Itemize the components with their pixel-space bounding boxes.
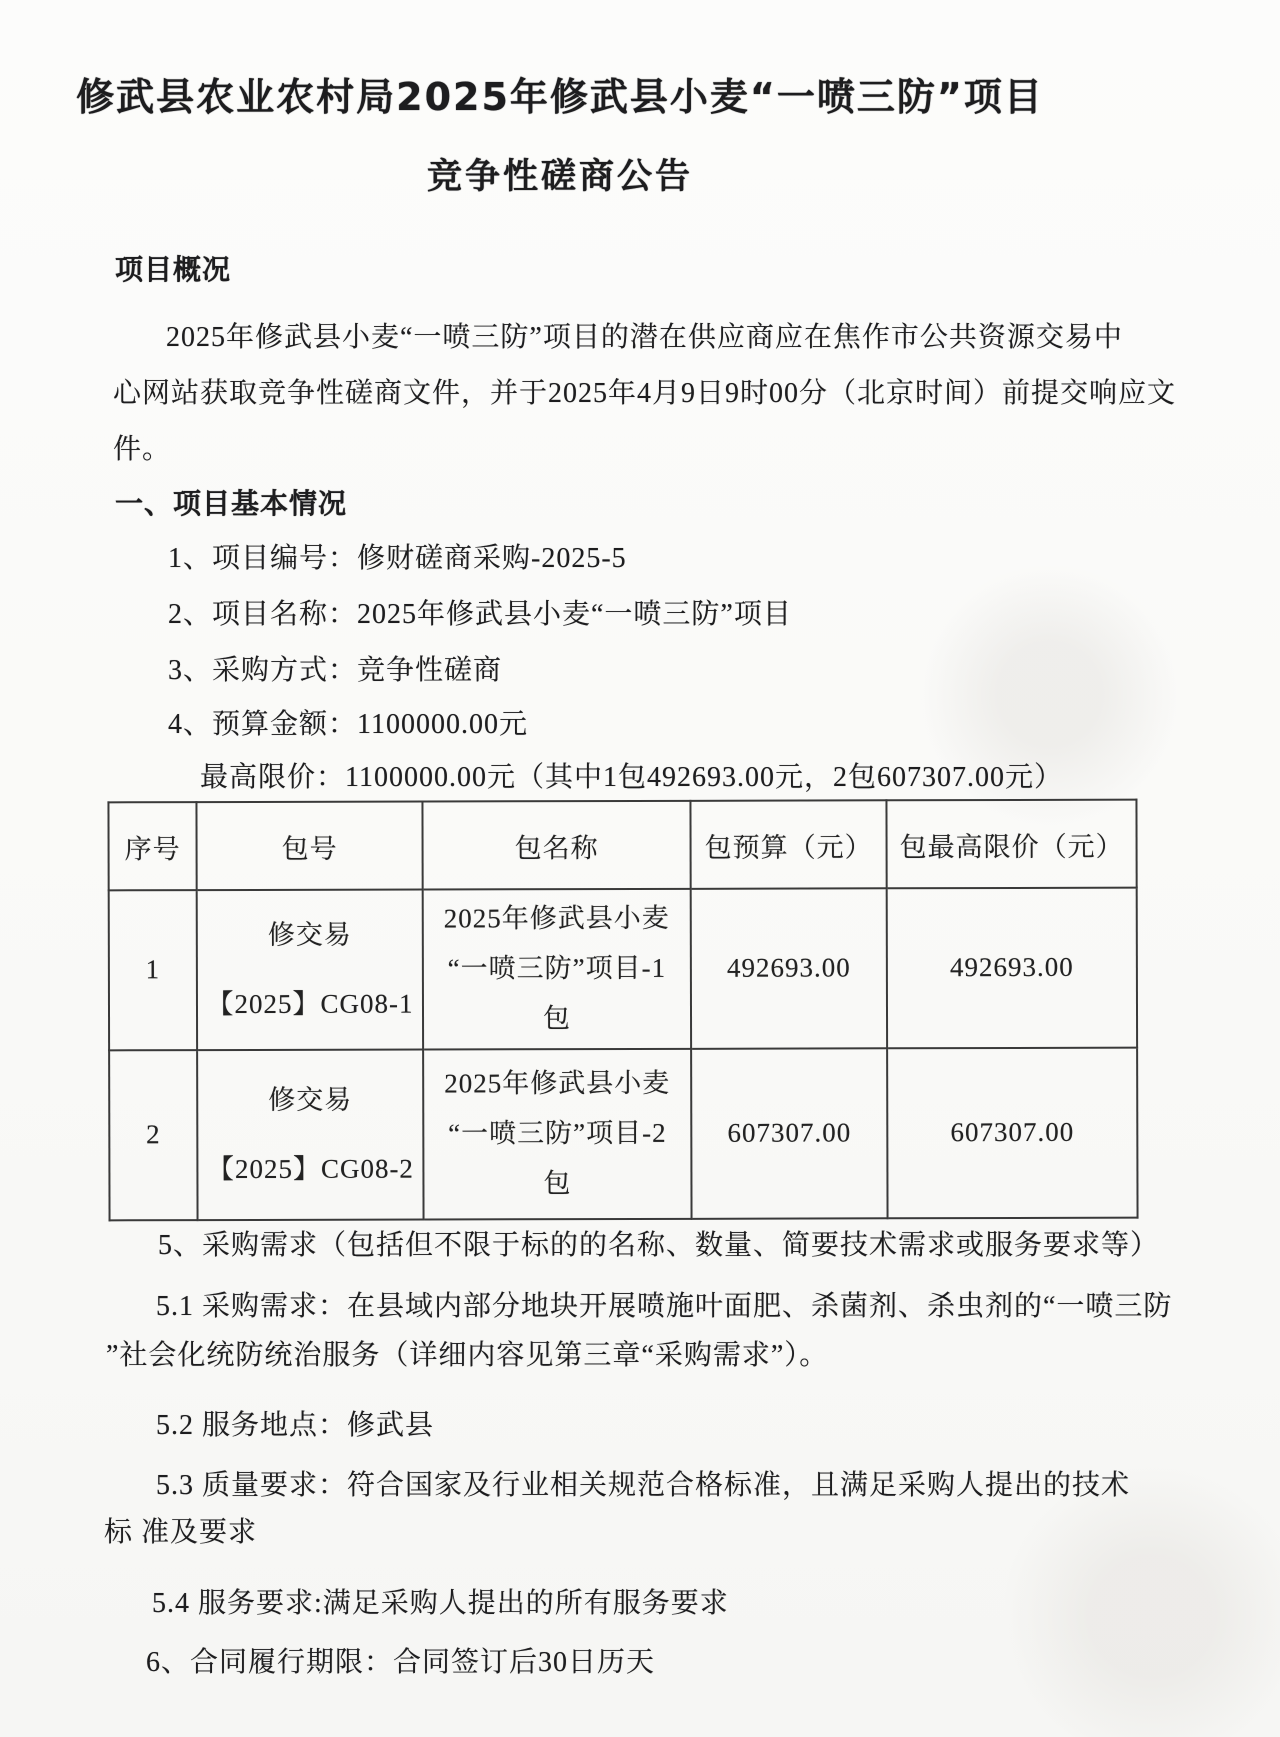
header-package-name: 包名称 xyxy=(422,801,690,890)
overview-line-2: 心网站获取竞争性磋商文件，并于2025年4月9日9时00分（北京时间）前提交响应… xyxy=(113,376,1176,412)
item-service-requirement: 5.4 服务要求:满足采购人提出的所有服务要求 xyxy=(152,1586,729,1622)
row2-package-name: 2025年修武县小麦 “一喷三防”项目-2 包 xyxy=(423,1049,691,1220)
overview-line-1: 2025年修武县小麦“一喷三防”项目的潜在供应商应在焦作市公共资源交易中 xyxy=(166,320,1123,356)
package-table-row-2: 2 修交易 【2025】CG08-2 2025年修武县小麦 “一喷三防”项目-2… xyxy=(109,1047,1137,1220)
item-5-1-line-1: 5.1 采购需求：在县域内部分地块开展喷施叶面肥、杀菌剂、杀虫剂的“一喷三防 xyxy=(156,1289,1172,1325)
row1-package-name: 2025年修武县小麦 “一喷三防”项目-1 包 xyxy=(423,889,691,1050)
header-seq: 序号 xyxy=(108,802,196,890)
row2-max-price: 607307.00 xyxy=(887,1047,1137,1218)
row1-max-price: 492693.00 xyxy=(887,888,1137,1048)
document-title-line2: 竞争性磋商公告 xyxy=(0,149,1120,199)
document-page: 修武县农业农村局2025年修武县小麦“一喷三防”项目 竞争性磋商公告 项目概况 … xyxy=(0,0,1280,1737)
package-table: 序号 包号 包名称 包预算（元） 包最高限价（元） 1 修交易 【2025】CG… xyxy=(107,799,1138,1222)
item-contract-period: 6、合同履行期限：合同签订后30日历天 xyxy=(146,1645,655,1681)
header-max-price: 包最高限价（元） xyxy=(886,800,1136,889)
item-project-name: 2、项目名称：2025年修武县小麦“一喷三防”项目 xyxy=(168,597,792,633)
row2-budget: 607307.00 xyxy=(691,1048,887,1219)
row1-package-no: 修交易 【2025】CG08-1 xyxy=(197,890,423,1050)
header-package-no: 包号 xyxy=(196,802,422,891)
overview-line-3: 件。 xyxy=(113,432,171,468)
document-title-line1: 修武县农业农村局2025年修武县小麦“一喷三防”项目 xyxy=(0,66,1120,121)
package-table-header-row: 序号 包号 包名称 包预算（元） 包最高限价（元） xyxy=(108,800,1136,891)
item-5-1-line-2: ”社会化统防统治服务（详细内容见第三章“采购需求”）。 xyxy=(106,1338,828,1374)
item-service-location: 5.2 服务地点：修武县 xyxy=(156,1408,434,1444)
row2-seq: 2 xyxy=(109,1050,197,1220)
document-title: 修武县农业农村局2025年修武县小麦“一喷三防”项目 竞争性磋商公告 xyxy=(0,66,1120,199)
header-budget: 包预算（元） xyxy=(690,800,886,889)
item-budget-amount: 4、预算金额：1100000.00元 xyxy=(168,707,528,743)
item-procurement-requirements: 5、采购需求（包括但不限于标的的名称、数量、简要技术需求或服务要求等） xyxy=(158,1228,1159,1264)
row2-package-no: 修交易 【2025】CG08-2 xyxy=(197,1049,423,1220)
item-quality-requirement-line-2: 标 准及要求 xyxy=(104,1515,257,1551)
overview-heading: 项目概况 xyxy=(115,252,231,288)
row1-seq: 1 xyxy=(109,890,197,1050)
item-project-number: 1、项目编号：修财磋商采购-2025-5 xyxy=(168,541,627,577)
row1-budget: 492693.00 xyxy=(691,888,887,1048)
item-quality-requirement-line-1: 5.3 质量要求：符合国家及行业相关规范合格标准，且满足采购人提出的技术 xyxy=(156,1468,1130,1504)
item-max-price: 最高限价：1100000.00元（其中1包492693.00元，2包607307… xyxy=(200,760,1063,796)
package-table-row-1: 1 修交易 【2025】CG08-1 2025年修武县小麦 “一喷三防”项目-1… xyxy=(109,888,1137,1051)
section-basic-heading: 一、项目基本情况 xyxy=(115,486,347,522)
item-procurement-method: 3、采购方式：竞争性磋商 xyxy=(168,653,502,689)
